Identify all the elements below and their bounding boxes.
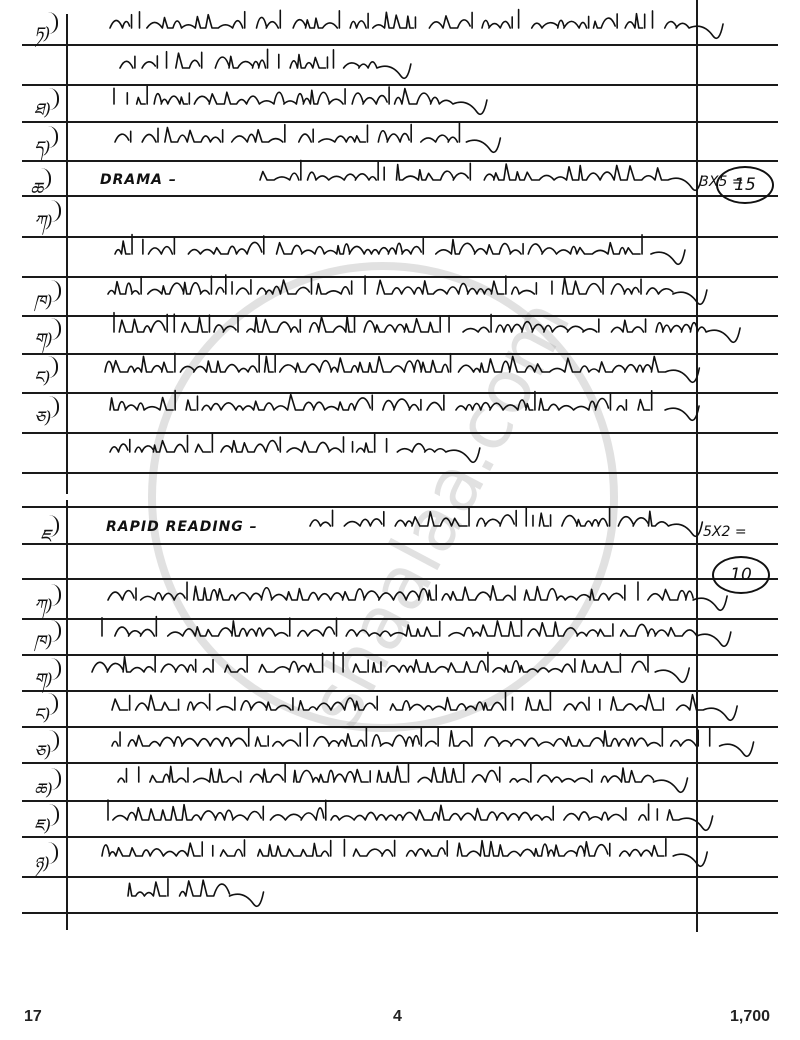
- rapid-reading-section-number: ཇ: [40, 517, 51, 567]
- ruled-line: [22, 121, 778, 123]
- ruled-line: [22, 726, 778, 728]
- ruled-line: [22, 762, 778, 764]
- handwritten-answer-line: [118, 766, 678, 792]
- ruled-line: [22, 876, 778, 878]
- footer-right-number: 1,700: [730, 1008, 770, 1026]
- ruled-line: [22, 543, 778, 545]
- handwritten-answer-line: [120, 52, 400, 78]
- ruled-line: [22, 84, 778, 86]
- handwritten-answer-line: [112, 730, 742, 756]
- handwritten-answer-line: [100, 620, 720, 646]
- item-label: ཏ): [34, 14, 50, 62]
- ruled-line: [22, 800, 778, 802]
- handwritten-answer-line: [92, 656, 682, 682]
- rapid-reading-marks-formula: 5X2 =: [703, 524, 747, 540]
- handwritten-answer-line: [260, 164, 690, 190]
- rapid-reading-marks-total: 10: [712, 556, 770, 594]
- handwritten-answer-line: [115, 126, 495, 152]
- handwritten-answer-line: [128, 880, 258, 906]
- ruled-line: [22, 195, 778, 197]
- ruled-line: [22, 836, 778, 838]
- handwritten-answer-line: [106, 804, 706, 830]
- left-margin-line-upper: [66, 14, 68, 494]
- item-label: ཉ): [34, 844, 50, 892]
- handwritten-answer-line: [108, 584, 718, 610]
- handwritten-answer-line: [108, 278, 698, 304]
- ruled-line: [22, 472, 778, 474]
- ruled-line: [22, 432, 778, 434]
- left-margin-line-lower: [66, 500, 68, 930]
- handwritten-answer-line: [102, 840, 702, 866]
- ruled-line: [22, 353, 778, 355]
- handwritten-answer-line: [112, 694, 722, 720]
- rapid-reading-heading: RAPID READING –: [106, 519, 258, 535]
- handwritten-answer-line: [115, 238, 675, 264]
- drama-section-number: ཆ: [30, 170, 43, 220]
- ruled-line: [22, 912, 778, 914]
- footer-left-number: 17: [24, 1008, 42, 1026]
- handwritten-answer-line: [310, 510, 690, 536]
- answer-sheet-page: shaalaa.com ཏ)ཐ)ད)ཀ)ཁ)ག)ང)ཅ)ཀ)ཁ)ག)ང)ཅ)ཆ)…: [0, 0, 800, 1040]
- drama-marks-total: 15: [716, 166, 774, 204]
- right-margin-line: [696, 0, 698, 932]
- handwritten-answer-line: [112, 88, 482, 114]
- ruled-line: [22, 578, 778, 580]
- handwritten-answer-line: [110, 436, 470, 462]
- item-label: ཅ): [34, 398, 51, 446]
- ruled-line: [22, 506, 778, 508]
- handwritten-answer-line: [105, 356, 685, 382]
- ruled-line: [22, 160, 778, 162]
- handwritten-answer-line: [110, 394, 695, 420]
- footer-page-number: 4: [393, 1008, 402, 1026]
- ruled-line: [22, 44, 778, 46]
- drama-heading: DRAMA –: [100, 172, 177, 188]
- ruled-line: [22, 690, 778, 692]
- handwritten-answer-line: [112, 316, 732, 342]
- handwritten-answer-line: [110, 12, 710, 38]
